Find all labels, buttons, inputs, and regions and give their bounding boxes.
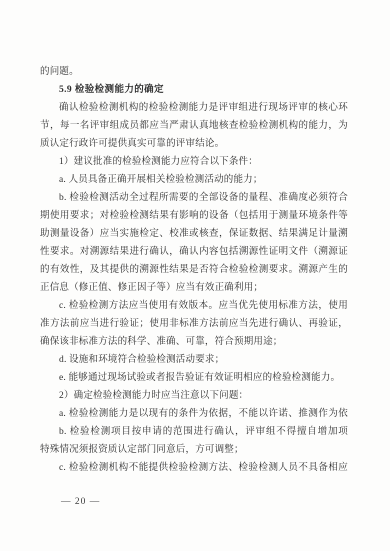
text-line: 助测量设备）应当实施检定、校准或核查，保证数据、结果满足计量溯源 xyxy=(40,225,348,243)
list-item-line: 1）建议批准的检验检测能力应符合以下条件： xyxy=(40,153,348,171)
page-number: — 20 — xyxy=(40,495,348,509)
text-line: 特殊情况须报资质认定部门同意后，方可调整； xyxy=(40,441,348,459)
list-item-line: b. 检验检测活动全过程所需要的全部设备的量程、准确度必须符合预 xyxy=(40,189,348,207)
text-line: 正信息（修正值、修正因子等）应当有效正确利用； xyxy=(40,279,348,297)
document-page: 的问题。 5.9 检验检测能力的确定 确认检验检测机构的检验检测能力是评审组进行… xyxy=(0,0,390,551)
list-item-line: b. 检验检测项目按申请的范围进行确认，评审组不得擅自增加项目， xyxy=(40,423,348,441)
text-line: 确认检验检测机构的检验检测能力是评审组进行现场评审的核心环 xyxy=(40,99,348,117)
list-item-line: 2）确定检验检测能力时应当注意以下问题： xyxy=(40,387,348,405)
text-line: 节，每一名评审组成员都应当严肃认真地核查检验检测机构的能力，为资 xyxy=(40,117,348,135)
list-item-line: c. 检验检测方法应当使用有效版本。应当优先使用标准方法，使用标 xyxy=(40,297,348,315)
text-line: 性要求。对溯源结果进行确认，确认内容包括溯源性证明文件（溯源证书） xyxy=(40,243,348,261)
list-item-line: a. 人员具备正确开展相关检验检测活动的能力； xyxy=(40,171,348,189)
text-line: 确保该非标准方法的科学、准确、可靠，符合预期用途； xyxy=(40,333,348,351)
section-heading: 5.9 检验检测能力的确定 xyxy=(40,81,348,99)
list-item-line: c. 检验检测机构不能提供检验检测方法、检验检测人员不具备相应的 xyxy=(40,459,348,477)
text-line: 准方法前应当进行验证；使用非标准方法前应当先进行确认、再验证，以 xyxy=(40,315,348,333)
list-item-line: e. 能够通过现场试验或者报告验证有效证明相应的检验检测能力。 xyxy=(40,369,348,387)
text-line: 质认定行政许可提供真实可靠的评审结论。 xyxy=(40,135,348,153)
list-item-line: d. 设施和环境符合检验检测活动要求； xyxy=(40,351,348,369)
text-line: 的问题。 xyxy=(40,63,348,81)
text-block: 的问题。 5.9 检验检测能力的确定 确认检验检测机构的检验检测能力是评审组进行… xyxy=(40,63,348,477)
text-line: 的有效性，及其提供的溯源性结果是否符合检验检测要求。溯源产生的修 xyxy=(40,261,348,279)
list-item-line: a. 检验检测能力是以现有的条件为依据，不能以许诺、推测作为依据； xyxy=(40,405,348,423)
text-line: 期使用要求；对检验检测结果有影响的设备（包括用于测量环境条件等辅 xyxy=(40,207,348,225)
